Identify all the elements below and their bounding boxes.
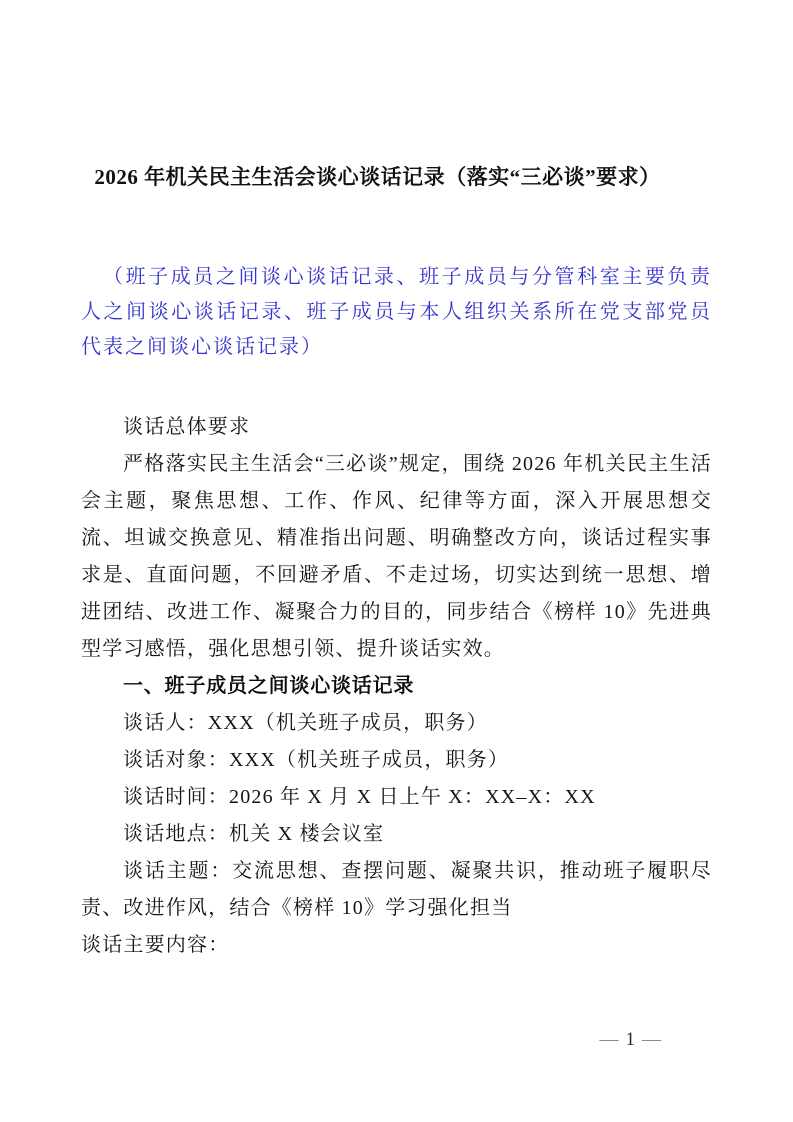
- overall-requirements-paragraph: 严格落实民主生活会“三必谈”规定，围绕 2026 年机关民主生活会主题，聚焦思想…: [81, 446, 712, 668]
- field-time: 谈话时间：2026 年 X 月 X 日上午 X：XX–X：XX: [81, 779, 712, 816]
- document-title: 2026 年机关民主生活会谈心谈话记录（落实“三必谈”要求）: [0, 162, 755, 192]
- field-interviewee: 谈话对象：XXX（机关班子成员，职务）: [81, 742, 712, 779]
- footer-dash-left: —: [593, 1029, 626, 1050]
- overall-requirements-heading: 谈话总体要求: [81, 409, 712, 446]
- footer-dash-right: —: [635, 1029, 668, 1050]
- section-1-heading: 一、班子成员之间谈心谈话记录: [81, 668, 712, 705]
- page-footer: —1—: [0, 1028, 668, 1052]
- field-location: 谈话地点：机关 X 楼会议室: [81, 816, 712, 853]
- field-interviewer: 谈话人：XXX（机关班子成员，职务）: [81, 705, 712, 742]
- scope-note: （班子成员之间谈心谈话记录、班子成员与分管科室主要负责人之间谈心谈话记录、班子成…: [81, 260, 712, 365]
- field-topic: 谈话主题：交流思想、查摆问题、凝聚共识，推动班子履职尽责、改进作风，结合《榜样 …: [81, 853, 712, 927]
- footer-page-number: 1: [626, 1029, 636, 1050]
- document-page: 2026 年机关民主生活会谈心谈话记录（落实“三必谈”要求） （班子成员之间谈心…: [0, 0, 793, 1122]
- main-content-label: 谈话主要内容：: [81, 927, 712, 964]
- document-body: 谈话总体要求 严格落实民主生活会“三必谈”规定，围绕 2026 年机关民主生活会…: [81, 409, 712, 964]
